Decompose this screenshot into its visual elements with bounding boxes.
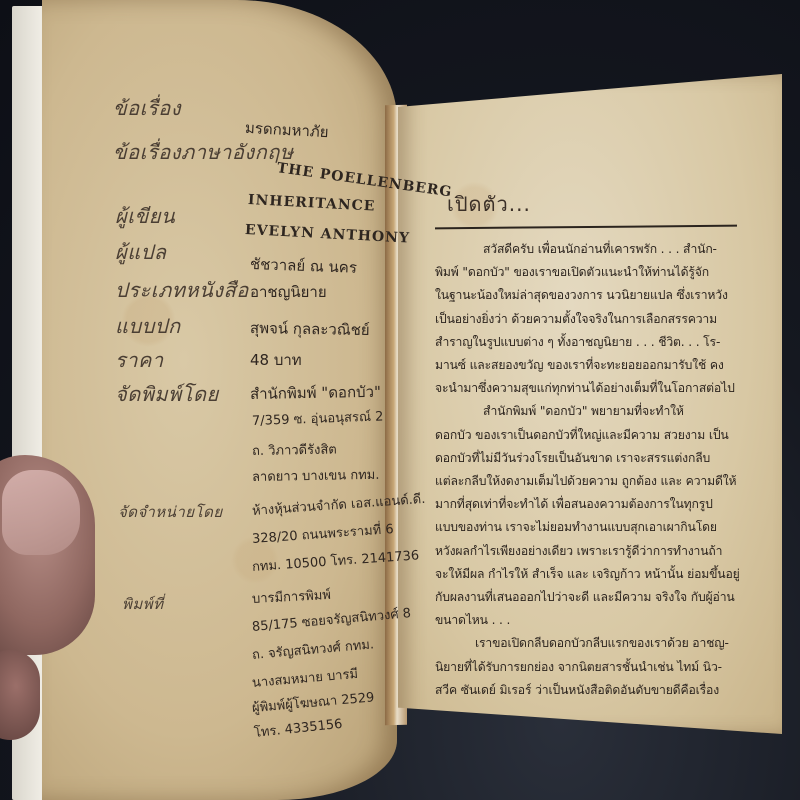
preface-line: ในฐานะน้องใหม่ล่าสุดของวงการ นวนิยายแปล …	[435, 284, 745, 307]
label-price: ราคา	[115, 344, 164, 376]
distributor-line-3: กทม. 10500 โทร. 2141736	[251, 544, 420, 577]
distributor-line-1: ห้างหุ้นส่วนจำกัด เอส.แอนด์.ดี.	[251, 488, 426, 521]
preface-line: เราขอเปิดกลีบดอกบัวกลีบแรกของเราด้วย อาช…	[435, 632, 745, 655]
preface-line: ดอกบัวที่ไม่มีวันร่วงโรยเป็นอันขาด เราจะ…	[435, 447, 745, 470]
preface-title: เปิดตัว...	[447, 188, 745, 220]
publisher-address-2: ถ. วิภาวดีรังสิต	[252, 439, 337, 461]
value-author: EVELYN ANTHONY	[245, 222, 411, 247]
preface-line: หวังผลกำไรเพียงอย่างเดียว เพราะเรารู้ดีว…	[435, 540, 745, 563]
preface-line: สำราญในรูปแบบต่าง ๆ ทั้งอาชญนิยาย . . . …	[435, 331, 745, 354]
label-title: ข้อเรื่อง	[113, 92, 181, 124]
finger	[0, 650, 40, 740]
preface-line: เป็นอย่างยิ่งว่า ด้วยความตั้งใจจริงในการ…	[435, 308, 745, 331]
printer-line-3: ถ. จรัญสนิทวงศ์ กทม.	[251, 633, 375, 665]
label-translator: ผู้แปล	[115, 236, 167, 268]
preface-line: สำนักพิมพ์ "ดอกบัว" พยายามที่จะทำให้	[435, 400, 745, 423]
preface-line: มานซ์ และสยองขวัญ ของเราที่จะทะยอยออกมาร…	[435, 354, 745, 377]
publisher-address-1: 7/359 ซ. อุ่นอนุสรณ์ 2	[252, 405, 384, 431]
thumbnail	[2, 470, 80, 555]
value-translator: ชัชวาลย์ ณ นคร	[250, 252, 358, 280]
preface-line: มากที่สุดเท่าที่จะทำได้ เพื่อสนองความต้อ…	[435, 493, 745, 516]
preface-line: กับผลงานที่เสนอออกไปว่าจะดี และมีความ จร…	[435, 586, 745, 609]
preface-line: แบบของท่าน เราจะไม่ยอมทำงานแบบสุกเอาเผาก…	[435, 516, 745, 539]
preface-line: จะนำมาซึ่งความสุขแก่ทุกท่านได้อย่างเต็มท…	[435, 377, 745, 400]
preface-line: พิมพ์ "ดอกบัว" ของเราขอเปิดตัวแนะนำให้ท่…	[435, 261, 745, 284]
printer-line-1: บารมีการพิมพ์	[251, 584, 331, 609]
colophon: ข้อเรื่อง มรดกมหาภัย ข้อเรื่องภาษาอังกฤษ…	[0, 0, 400, 800]
label-published-by: จัดพิมพ์โดย	[115, 378, 219, 410]
value-english-title-2: INHERITANCE	[248, 192, 376, 215]
preface-line: นิยายที่ได้รับการยกย่อง จากนิตยสารชั้นนำ…	[435, 656, 745, 679]
distributor-line-2: 328/20 ถนนพระรามที่ 6	[251, 518, 394, 549]
preface-line: ดอกบัว ของเราเป็นดอกบัวที่ใหญ่และมีความ …	[435, 424, 745, 447]
preface-line: แต่ละกลีบให้งดงามเต็มไปด้วยความ ถูกต้อง …	[435, 470, 745, 493]
publisher-address-3: ลาดยาว บางเขน กทม.	[252, 464, 380, 487]
label-cover-design: แบบปก	[115, 310, 181, 342]
label-author: ผู้เขียน	[115, 200, 175, 232]
preface-line: จะให้มีผล กำไรให้ สำเร็จ และ เจริญก้าว ห…	[435, 563, 745, 586]
label-genre: ประเภทหนังสือ	[115, 274, 249, 306]
preface: เปิดตัว... สวัสดีครับ เพื่อนนักอ่านที่เค…	[435, 188, 745, 702]
label-printer: พิมพ์ที่	[122, 592, 164, 616]
preface-line: สวีค ซันเดย์ มิเรอร์ ว่าเป็นหนังสือติดอั…	[435, 679, 745, 702]
preface-line: ขนาดไหน . . .	[435, 609, 745, 632]
value-price: 48 บาท	[250, 348, 302, 372]
label-distributor: จัดจำหน่ายโดย	[118, 500, 223, 524]
label-english-title: ข้อเรื่องภาษาอังกฤษ	[113, 136, 294, 168]
value-published-by: สำนักพิมพ์ "ดอกบัว"	[250, 380, 381, 406]
value-cover-design: สุพจน์ กุลละวณิชย์	[250, 316, 370, 342]
value-genre: อาชญนิยาย	[250, 280, 327, 304]
title-underline	[435, 225, 737, 230]
preface-line: สวัสดีครับ เพื่อนนักอ่านที่เคารพรัก . . …	[435, 238, 745, 261]
printer-phone: โทร. 4335156	[253, 713, 343, 743]
